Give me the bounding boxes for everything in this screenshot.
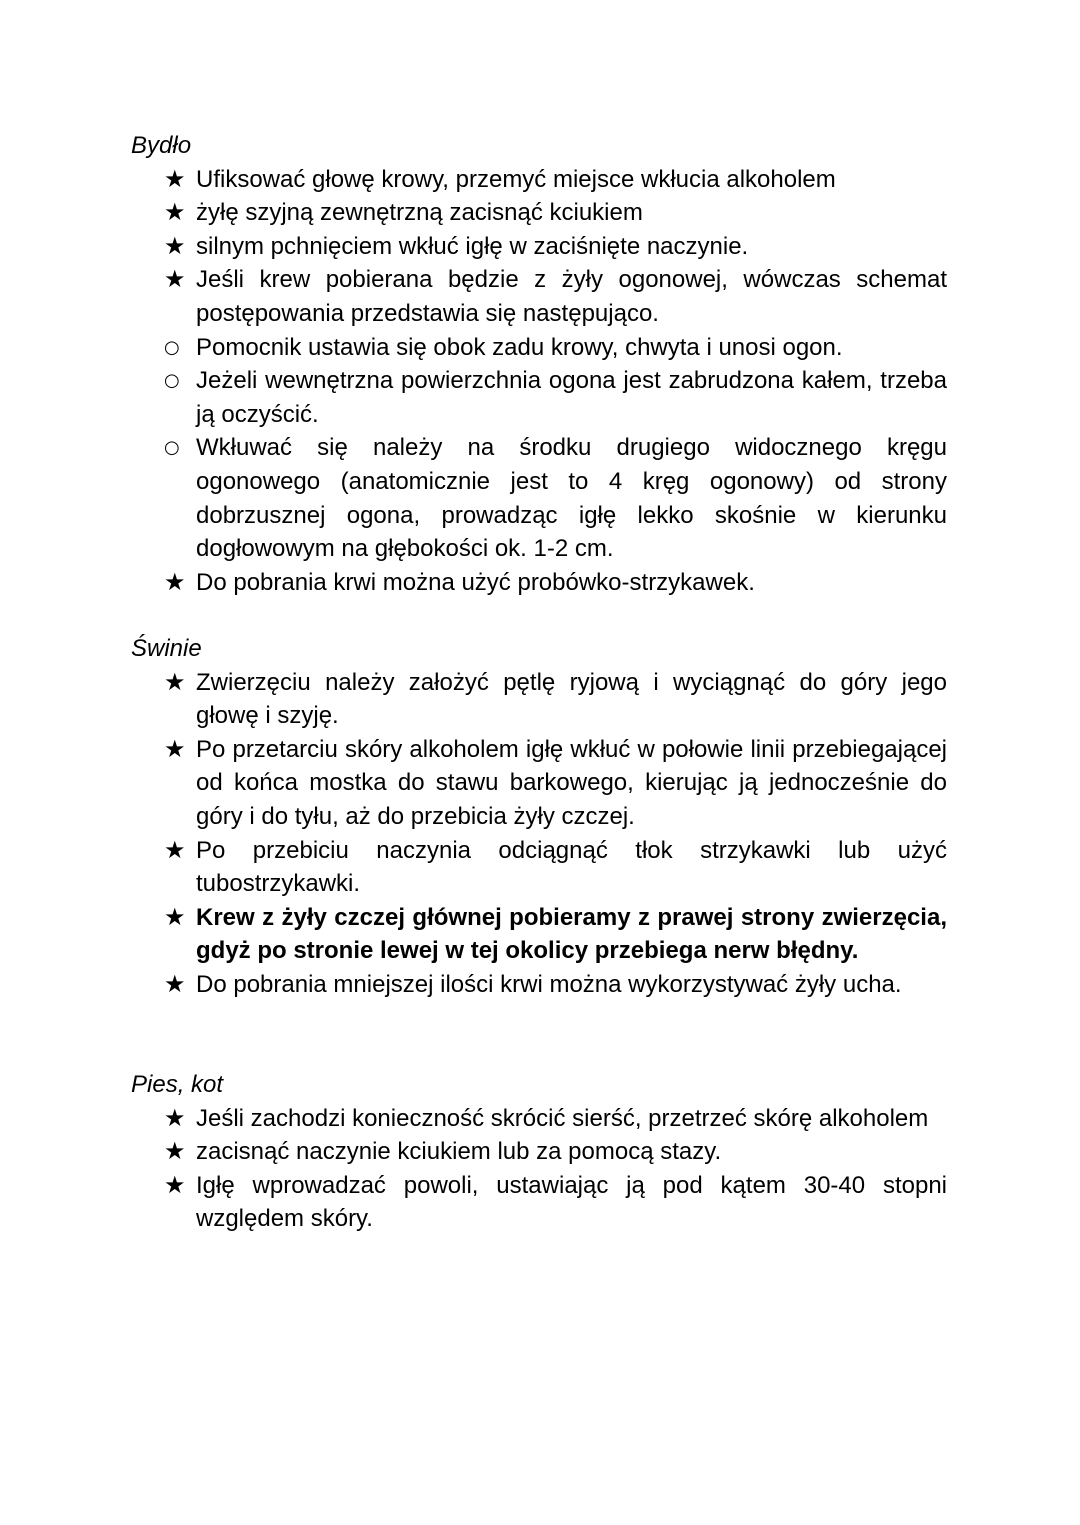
star-bullet-icon: ★: [164, 733, 186, 767]
star-bullet-icon: ★: [164, 1169, 186, 1203]
star-bullet-icon: ★: [164, 901, 186, 935]
section-bydlo: Bydło ★ Ufiksować głowę krowy, przemyć m…: [131, 129, 947, 599]
star-bullet-icon: ★: [164, 163, 186, 197]
section-swinie: Świnie ★ Zwierzęciu należy założyć pętlę…: [131, 632, 947, 1002]
list-item: ★ Zwierzęciu należy założyć pętlę ryjową…: [131, 666, 947, 733]
list-item: ★ Do pobrania mniejszej ilości krwi możn…: [131, 968, 947, 1002]
sub-list-item: ○ Pomocnik ustawia się obok zadu krowy, …: [131, 331, 947, 365]
sub-bullet-list: ○ Pomocnik ustawia się obok zadu krowy, …: [196, 331, 947, 566]
star-bullet-icon: ★: [164, 1135, 186, 1169]
list-item: ★ Po przebiciu naczynia odciągnąć tłok s…: [131, 834, 947, 901]
star-bullet-icon: ★: [164, 666, 186, 700]
sub-list-item: ○ Wkłuwać się należy na środku drugiego …: [131, 431, 947, 565]
list-item: ★ Do pobrania krwi można użyć probówko-s…: [131, 566, 947, 600]
star-bullet-icon: ★: [164, 263, 186, 297]
bullet-list: ★ Ufiksować głowę krowy, przemyć miejsce…: [131, 163, 947, 600]
star-bullet-icon: ★: [164, 566, 186, 600]
circle-bullet-icon: ○: [164, 364, 180, 398]
bullet-list: ★ Zwierzęciu należy założyć pętlę ryjową…: [131, 666, 947, 1002]
list-item: ★ zacisnąć naczynie kciukiem lub za pomo…: [131, 1135, 947, 1169]
list-item: ★ Jeśli krew pobierana będzie z żyły ogo…: [131, 263, 947, 565]
sub-list-item: ○ Jeżeli wewnętrzna powierzchnia ogona j…: [131, 364, 947, 431]
section-pies-kot: Pies, kot ★ Jeśli zachodzi konieczność s…: [131, 1068, 947, 1236]
list-item: ★ Ufiksować głowę krowy, przemyć miejsce…: [131, 163, 947, 197]
list-item: ★ Igłę wprowadzać powoli, ustawiając ją …: [131, 1169, 947, 1236]
star-bullet-icon: ★: [164, 1102, 186, 1136]
section-heading: Bydło: [131, 129, 947, 163]
section-heading: Pies, kot: [131, 1068, 947, 1102]
section-heading: Świnie: [131, 632, 947, 666]
list-item: ★ Po przetarciu skóry alkoholem igłę wkł…: [131, 733, 947, 834]
list-item: ★ silnym pchnięciem wkłuć igłę w zaciśni…: [131, 230, 947, 264]
star-bullet-icon: ★: [164, 834, 186, 868]
list-item-important: ★ Krew z żyły czczej głównej pobieramy z…: [131, 901, 947, 968]
list-item: ★ Jeśli zachodzi konieczność skrócić sie…: [131, 1102, 947, 1136]
circle-bullet-icon: ○: [164, 431, 180, 465]
circle-bullet-icon: ○: [164, 331, 180, 365]
star-bullet-icon: ★: [164, 196, 186, 230]
star-bullet-icon: ★: [164, 230, 186, 264]
list-item: ★ żyłę szyjną zewnętrzną zacisnąć kciuki…: [131, 196, 947, 230]
star-bullet-icon: ★: [164, 968, 186, 1002]
document-page: Bydło ★ Ufiksować głowę krowy, przemyć m…: [0, 0, 1080, 1525]
bullet-list: ★ Jeśli zachodzi konieczność skrócić sie…: [131, 1102, 947, 1236]
